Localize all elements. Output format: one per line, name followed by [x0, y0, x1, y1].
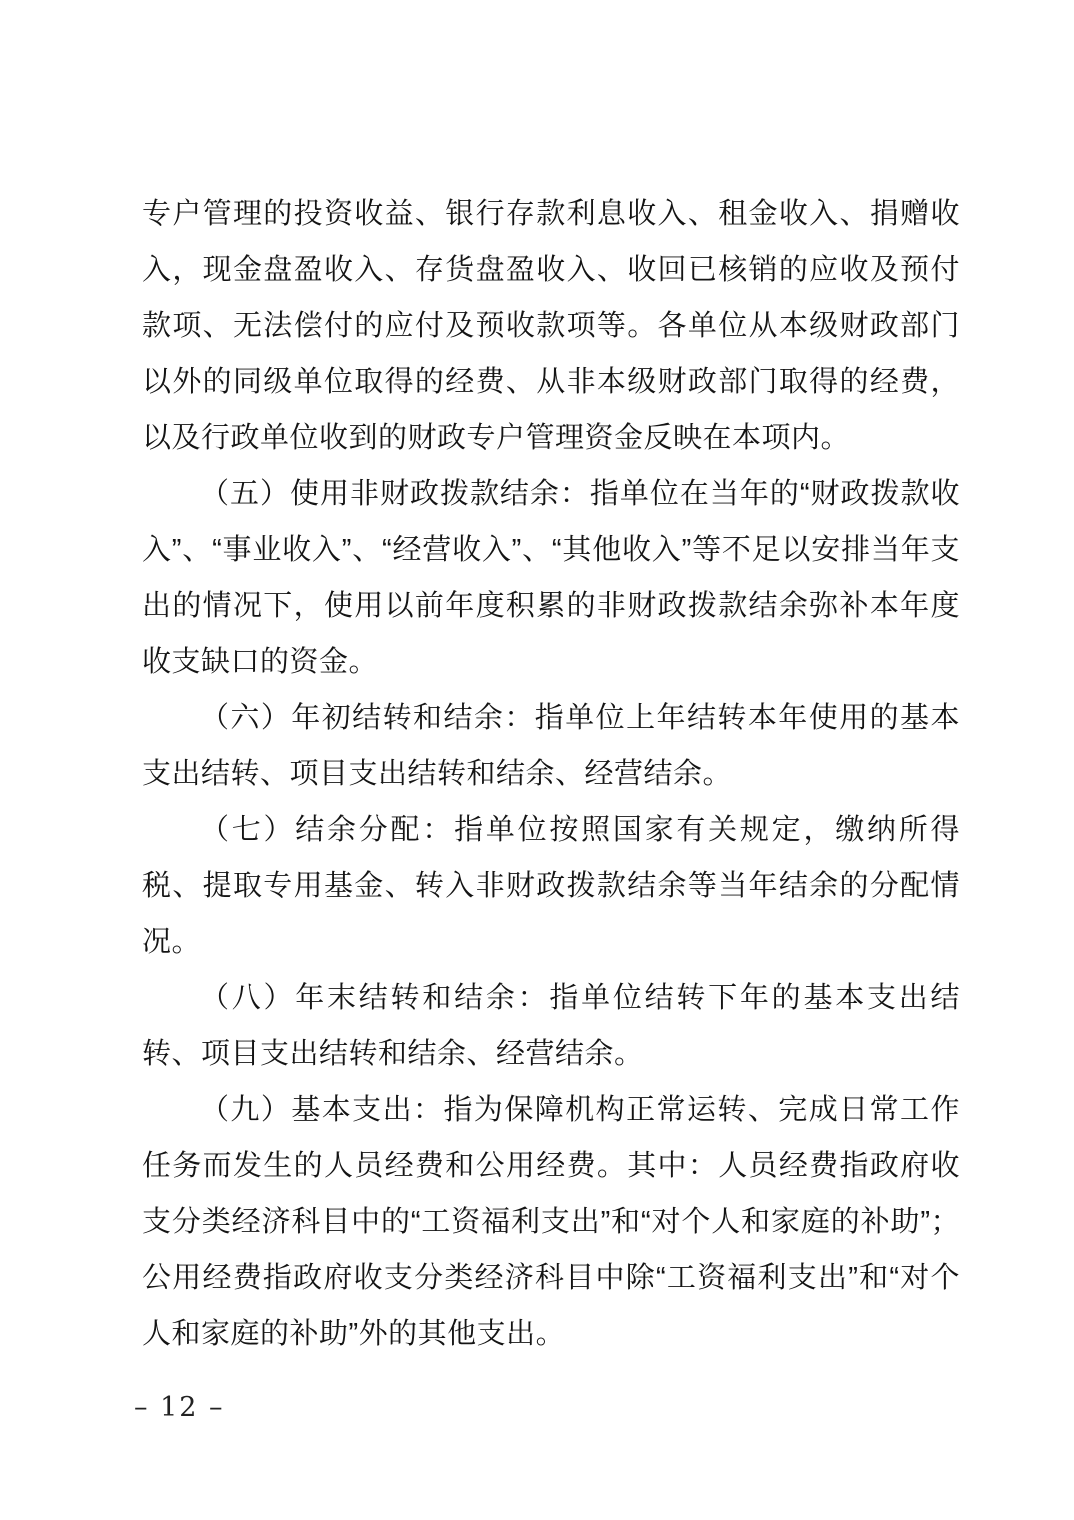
paragraph-item-5: （五）使用非财政拨款结余：指单位在当年的“财政拨款收入”、“事业收入”、“经营收… — [142, 466, 960, 690]
document-body: 专户管理的投资收益、银行存款利息收入、租金收入、捐赠收入，现金盘盈收入、存货盘盈… — [142, 186, 960, 1362]
paragraph-item-7: （七）结余分配：指单位按照国家有关规定，缴纳所得税、提取专用基金、转入非财政拨款… — [142, 802, 960, 970]
page-number: – 12 – — [134, 1392, 225, 1423]
paragraph-continuation: 专户管理的投资收益、银行存款利息收入、租金收入、捐赠收入，现金盘盈收入、存货盘盈… — [142, 186, 960, 466]
document-page: 专户管理的投资收益、银行存款利息收入、租金收入、捐赠收入，现金盘盈收入、存货盘盈… — [0, 0, 1074, 1520]
paragraph-item-6: （六）年初结转和结余：指单位上年结转本年使用的基本支出结转、项目支出结转和结余、… — [142, 690, 960, 802]
paragraph-item-8: （八）年末结转和结余：指单位结转下年的基本支出结转、项目支出结转和结余、经营结余… — [142, 970, 960, 1082]
paragraph-item-9: （九）基本支出：指为保障机构正常运转、完成日常工作任务而发生的人员经费和公用经费… — [142, 1082, 960, 1362]
